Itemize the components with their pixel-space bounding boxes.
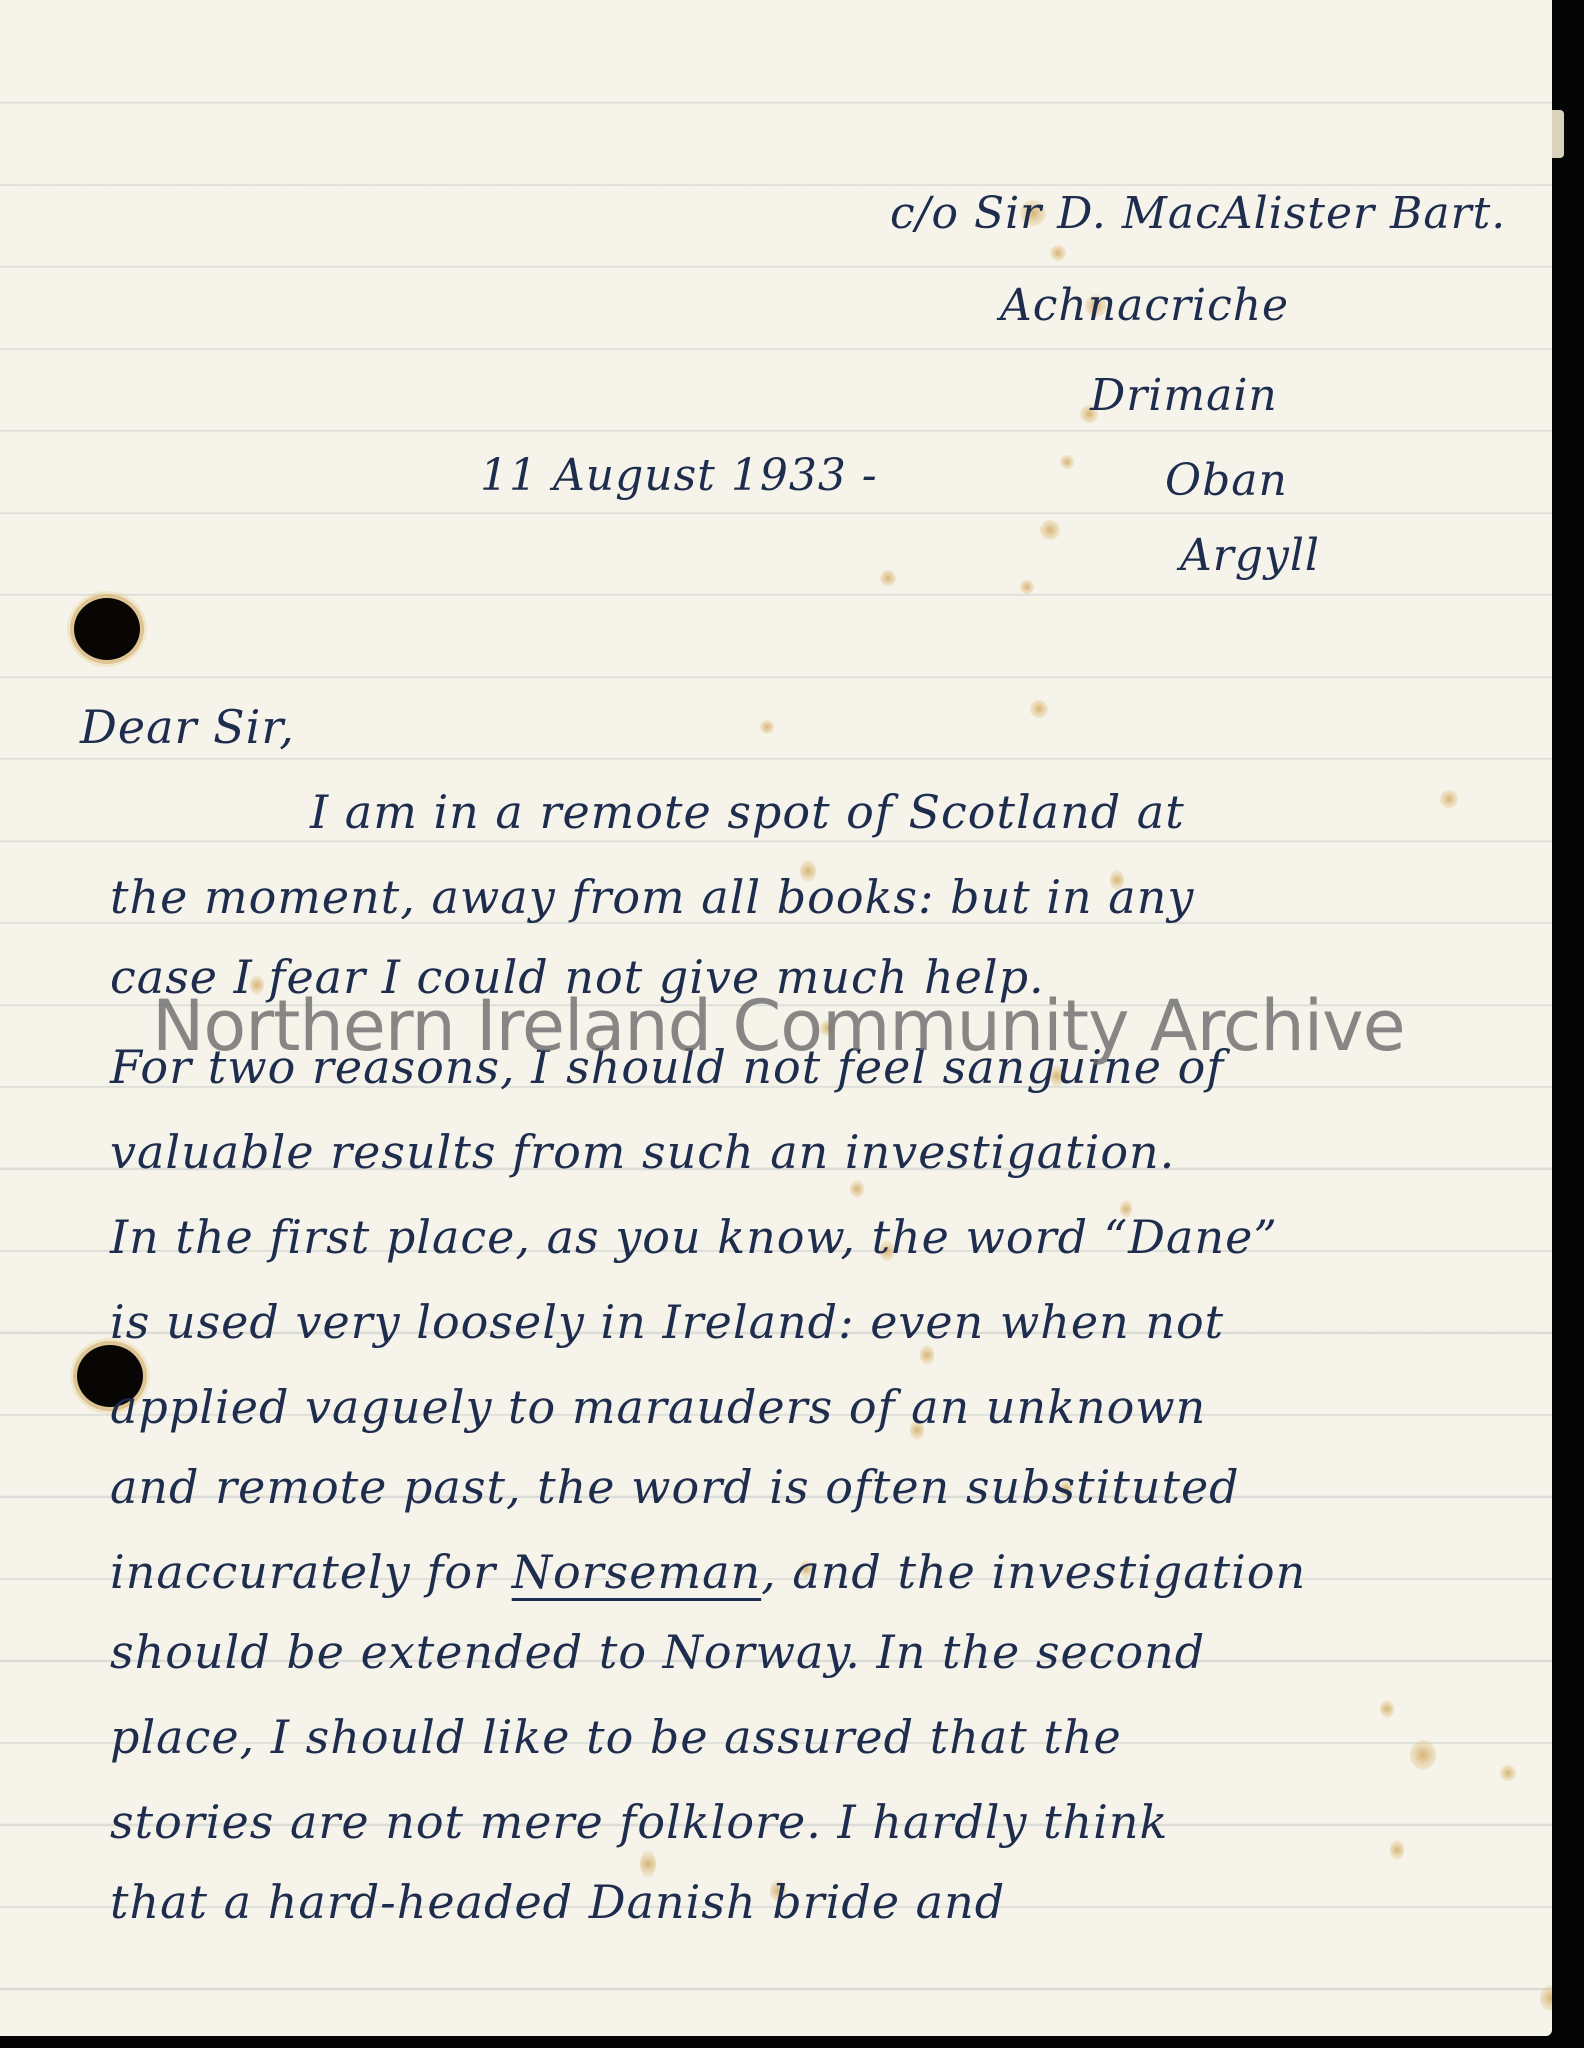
underlined-word: Norseman <box>512 1545 761 1599</box>
body-line: inaccurately for Norseman, and the inves… <box>110 1545 1306 1599</box>
letter-page: c/o Sir D. MacAlister Bart. Achnacriche … <box>0 0 1552 2036</box>
foxing-stain <box>1050 245 1066 261</box>
foxing-stain <box>1040 520 1060 540</box>
body-line: stories are not mere folklore. I hardly … <box>110 1795 1168 1849</box>
foxing-stain <box>1030 700 1048 718</box>
body-text: , and the investigation <box>761 1545 1306 1599</box>
body-line: and remote past, the word is often subst… <box>110 1460 1240 1514</box>
address-line-4: Oban <box>1165 455 1288 506</box>
body-line: that a hard-headed Danish bride and <box>110 1875 1005 1929</box>
address-line-1: c/o Sir D. MacAlister Bart. <box>890 188 1506 239</box>
body-text: inaccurately for <box>110 1545 496 1599</box>
body-line: should be extended to Norway. In the sec… <box>110 1625 1205 1679</box>
foxing-stain <box>850 1180 864 1198</box>
salutation: Dear Sir, <box>80 700 295 754</box>
foxing-stain <box>1500 1765 1516 1781</box>
address-line-5: Argyll <box>1180 530 1320 581</box>
paper-edge-tab <box>1552 110 1564 158</box>
foxing-stain <box>1540 1985 1552 2011</box>
foxing-stain <box>1410 1740 1436 1770</box>
body-line: valuable results from such an investigat… <box>110 1125 1175 1179</box>
foxing-stain <box>640 1850 656 1878</box>
foxing-stain <box>1390 1840 1404 1860</box>
body-line: the moment, away from all books: but in … <box>110 870 1194 924</box>
punch-hole-top <box>74 598 140 660</box>
body-line: applied vaguely to marauders of an unkno… <box>110 1380 1206 1434</box>
foxing-stain <box>1020 580 1034 594</box>
foxing-stain <box>1440 790 1458 808</box>
body-line: place, I should like to be assured that … <box>110 1710 1122 1764</box>
foxing-stain <box>1060 455 1074 469</box>
letter-date: 11 August 1933 - <box>480 450 878 501</box>
body-line: is used very loosely in Ireland: even wh… <box>110 1295 1224 1349</box>
foxing-stain <box>880 570 896 586</box>
archive-watermark: Northern Ireland Community Archive <box>152 985 1405 1067</box>
foxing-stain <box>1380 1700 1394 1718</box>
body-line: I am in a remote spot of Scotland at <box>310 785 1185 839</box>
address-line-2: Achnacriche <box>1000 280 1289 331</box>
address-line-3: Drimain <box>1090 370 1278 421</box>
foxing-stain <box>760 720 774 734</box>
body-line: In the first place, as you know, the wor… <box>110 1210 1278 1264</box>
